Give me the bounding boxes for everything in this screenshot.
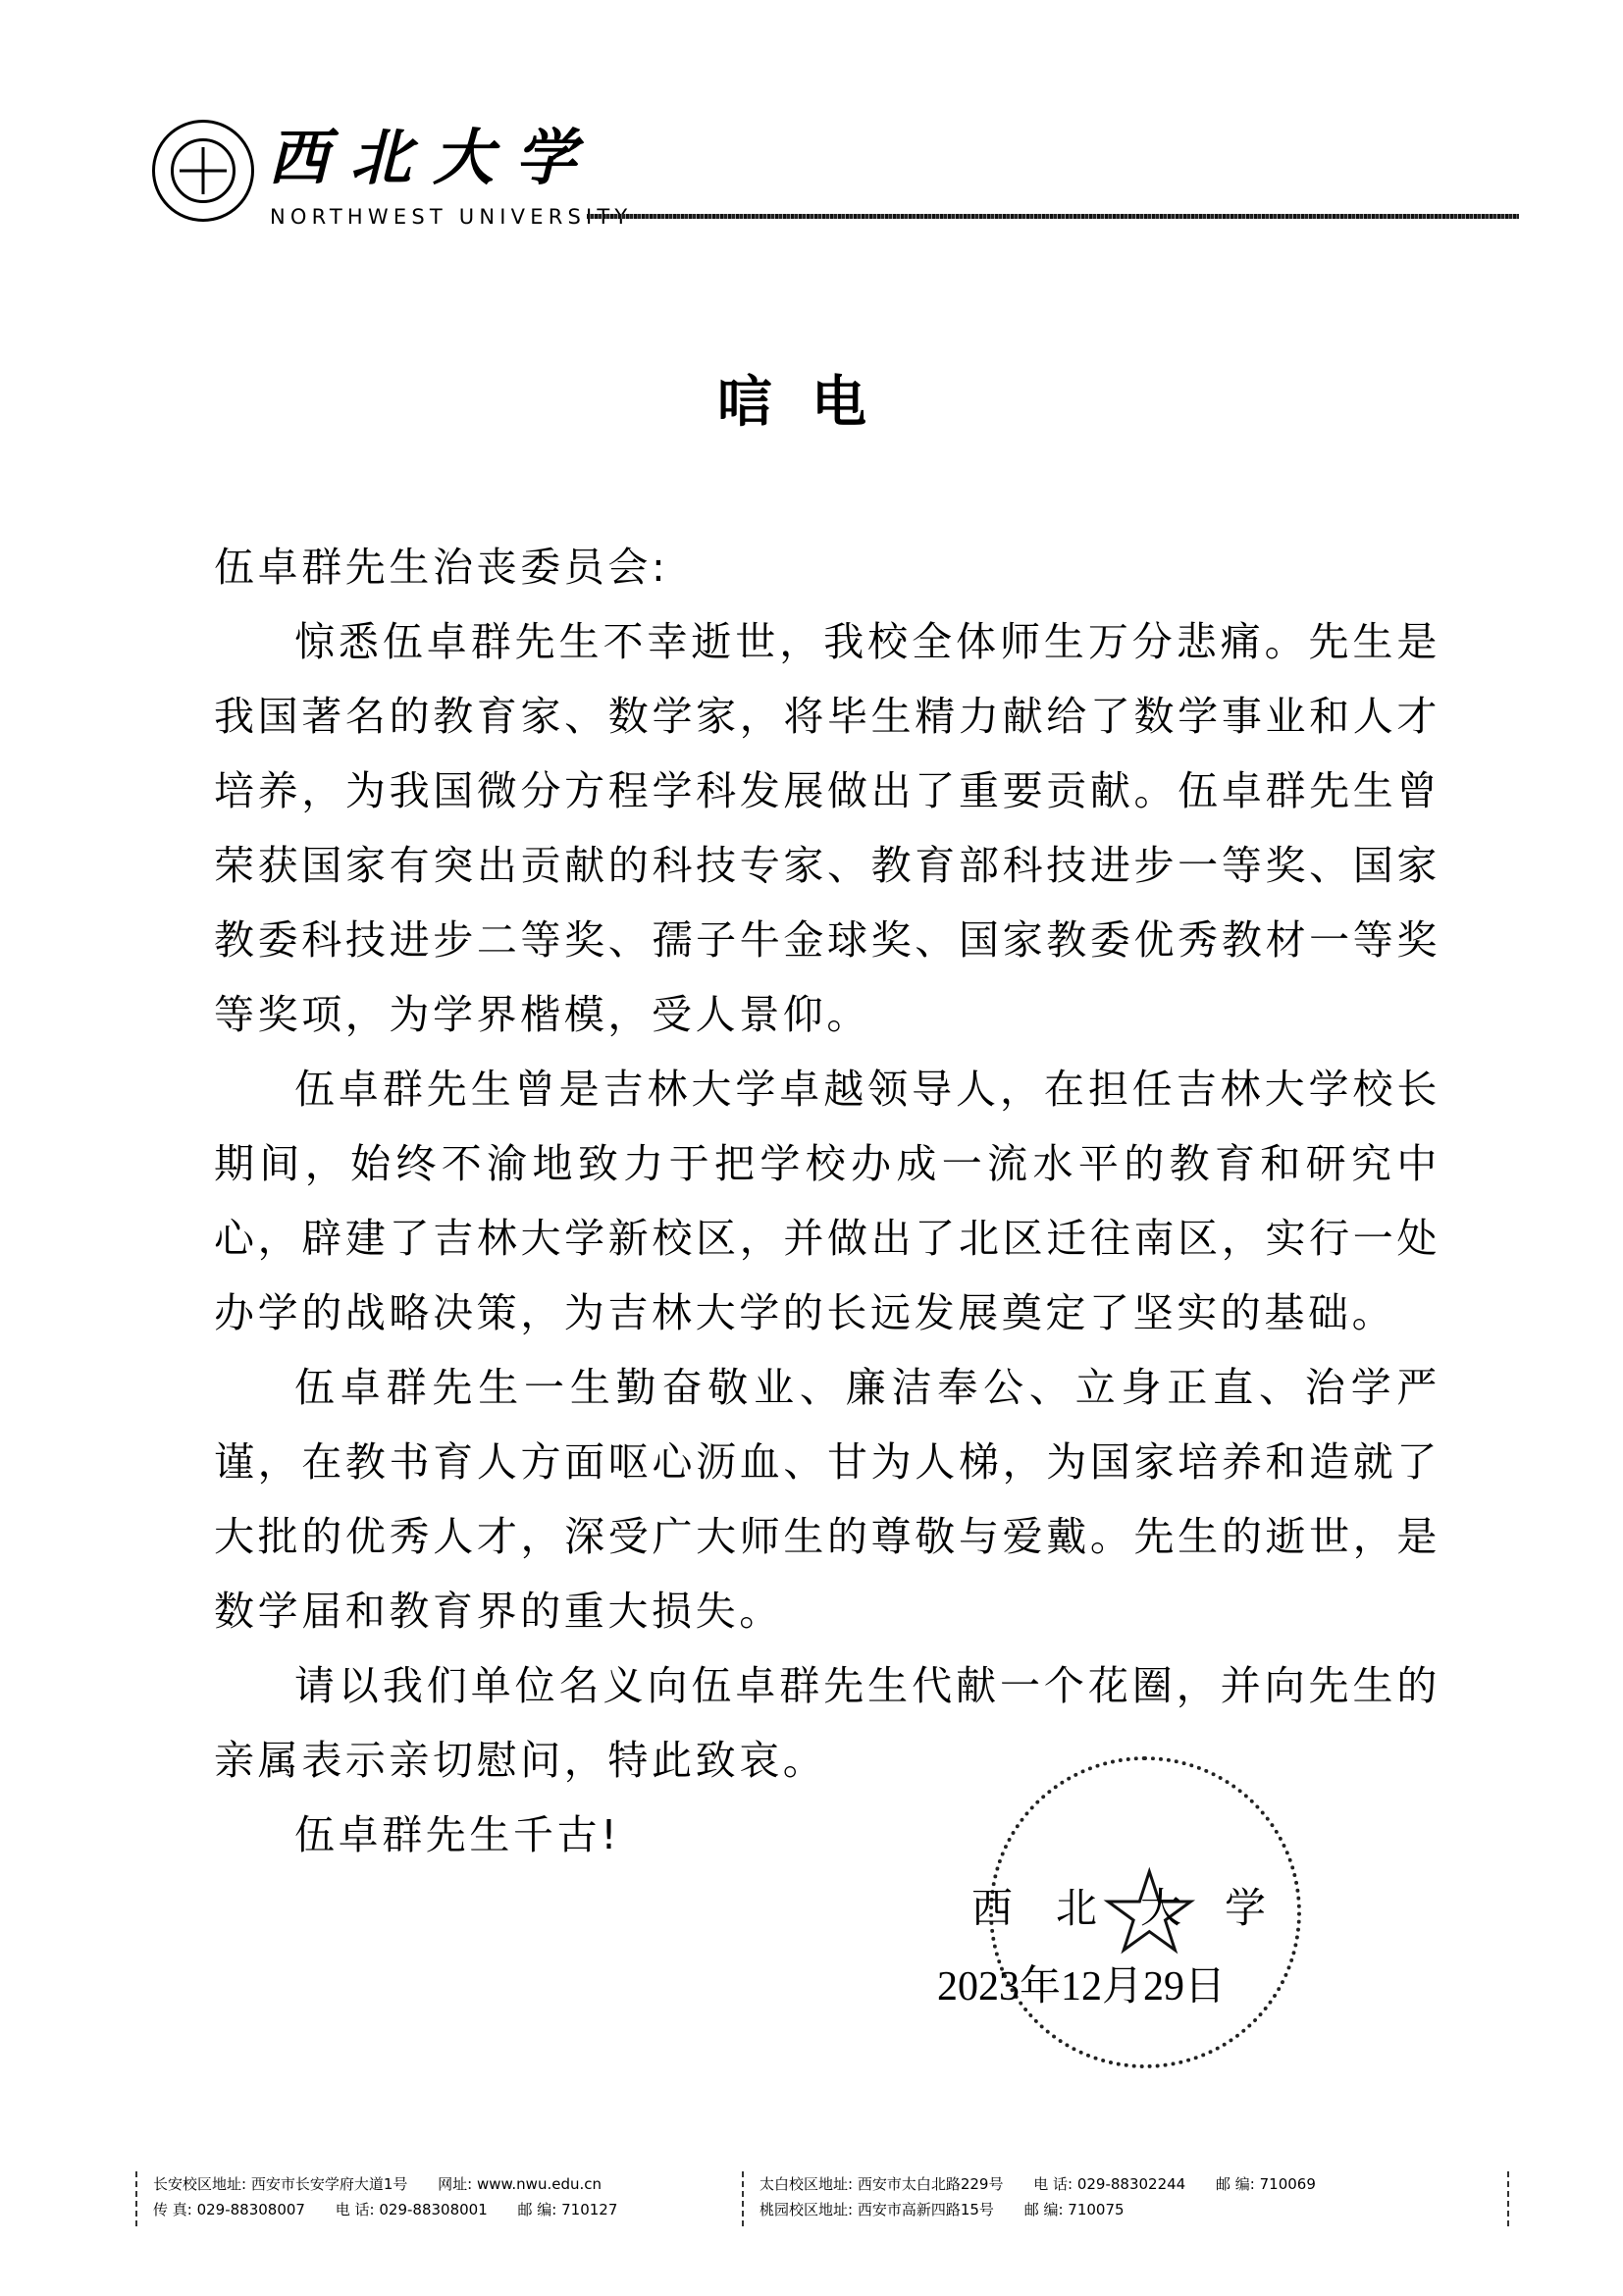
changan-address: 长安校区地址: 西安市长安学府大道1号 [153, 2175, 407, 2193]
taibai-phone: 电 话: 029-88302244 [1033, 2175, 1185, 2193]
salutation: 伍卓群先生治丧委员会: [214, 530, 1440, 604]
university-seal-icon [152, 120, 254, 222]
paragraph-character: 伍卓群先生一生勤奋敬业、廉洁奉公、立身正直、治学严谨，在教书育人方面呕心沥血、甘… [214, 1350, 1440, 1648]
taoyuan-address: 桃园校区地址: 西安市高新四路15号 [759, 2201, 994, 2218]
footer: 长安校区地址: 西安市长安学府大道1号 网址: www.nwu.edu.cn 传… [135, 2171, 1509, 2226]
letterhead: 西北大学 NORTHWEST UNIVERSITY [152, 120, 1526, 228]
footer-other-campuses: 太白校区地址: 西安市太白北路229号 电 话: 029-88302244 邮 … [742, 2171, 1509, 2226]
taibai-postcode: 邮 编: 710069 [1216, 2175, 1316, 2193]
header-divider [587, 214, 1519, 219]
document-title: 唁电 [0, 368, 1623, 437]
footer-changan-campus: 长安校区地址: 西安市长安学府大道1号 网址: www.nwu.edu.cn 传… [135, 2171, 742, 2226]
signature-date: 2023年12月29日 [937, 1962, 1226, 2011]
paragraph-leadership: 伍卓群先生曾是吉林大学卓越领导人，在担任吉林大学校长期间，始终不渝地致力于把学校… [214, 1052, 1440, 1350]
paragraph-wreath: 请以我们单位名义向伍卓群先生代献一个花圈，并向先生的亲属表示亲切慰问，特此致哀。 [214, 1648, 1440, 1798]
taibai-address: 太白校区地址: 西安市太白北路229号 [759, 2175, 1003, 2193]
website-link[interactable]: 网址: www.nwu.edu.cn [438, 2175, 602, 2193]
paragraph-condolence: 惊悉伍卓群先生不幸逝世，我校全体师生万分悲痛。先生是我国著名的教育家、数学家，将… [214, 604, 1440, 1052]
university-name-en: NORTHWEST UNIVERSITY [270, 206, 632, 228]
changan-postcode: 邮 编: 710127 [518, 2201, 618, 2218]
seal-emblem [171, 138, 236, 203]
university-name-cn: 西北大学 [268, 128, 598, 188]
signer-name: 西北大学 [971, 1884, 1309, 1933]
changan-phone: 电 话: 029-88308001 [336, 2201, 488, 2218]
taoyuan-postcode: 邮 编: 710075 [1024, 2201, 1125, 2218]
fax-number: 传 真: 029-88308007 [153, 2201, 305, 2218]
letter-body: 伍卓群先生治丧委员会: 惊悉伍卓群先生不幸逝世，我校全体师生万分悲痛。先生是我国… [214, 530, 1440, 1872]
